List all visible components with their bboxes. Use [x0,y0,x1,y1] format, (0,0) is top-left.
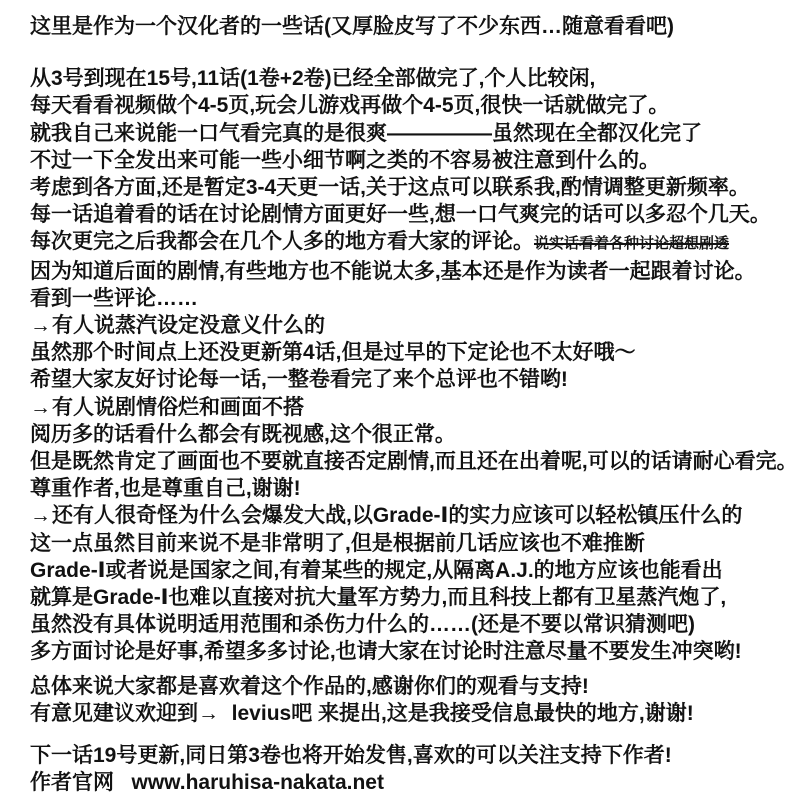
block-title: 这里是作为一个汉化者的一些话(又厚脸皮写了不少东西…随意看看吧) [30,13,782,40]
text-line: 这一点虽然目前来说不是非常明了,但是根据前几话应该也不难推断 [30,530,782,557]
text-segment: 作者官网 [30,771,132,794]
text-segment: 多方面讨论是好事,希望多多讨论,也请大家在讨论时注意尽量不要发生冲突哟! [30,640,742,663]
text-line: 尊重作者,也是尊重自己,谢谢! [30,475,782,502]
text-line: →有人说剧情俗烂和画面不搭 [30,394,782,421]
text-segment: 每次更完之后我都会在几个人多的地方看大家的评论。 [30,230,534,253]
text-segment: 就我自己来说能一口气看完真的是很爽—————虽然现在全都汉化完了 [30,122,702,145]
text-segment: Grade-Ⅰ或者说是国家之间,有着某些的规定,从隔离A.J.的地方应该也能看出 [30,559,723,582]
text-segment: 虽然没有具体说明适用范围和杀伤力什么的……(还是不要以常识猜测吧) [30,613,695,636]
text-line: 就我自己来说能一口气看完真的是很爽—————虽然现在全都汉化完了 [30,120,782,147]
block-thanks: 总体来说大家都是喜欢着这个作品的,感谢你们的观看与支持!有意见建议欢迎到→ le… [30,673,782,727]
block-main: 从3号到现在15号,11话(1卷+2卷)已经全部做完了,个人比较闲,每天看看视频… [30,65,782,665]
text-segment: 每天看看视频做个4-5页,玩会儿游戏再做个4-5页,很快一话就做完了。 [30,94,669,117]
text-segment: 下一话19号更新,同日第3卷也将开始发售,喜欢的可以关注支持下作者! [30,744,672,767]
text-segment: 这里是作为一个汉化者的一些话(又厚脸皮写了不少东西…随意看看吧) [30,15,674,38]
arrow-icon: → [30,396,52,419]
text-line: 多方面讨论是好事,希望多多讨论,也请大家在讨论时注意尽量不要发生冲突哟! [30,638,782,665]
text-segment: 尊重作者,也是尊重自己,谢谢! [30,477,301,500]
author-site-url: www.haruhisa-nakata.net [132,771,384,794]
text-line: 这里是作为一个汉化者的一些话(又厚脸皮写了不少东西…随意看看吧) [30,13,782,40]
text-segment: 就算是Grade-Ⅰ也难以直接对抗大量军方势力,而且科技上都有卫星蒸汽炮了, [30,586,726,609]
text-segment: 阅历多的话看什么都会有既视感,这个很正常。 [30,423,456,446]
text-segment: 还有人很奇怪为什么会爆发大战,以Grade-Ⅰ的实力应该可以轻松镇压什么的 [52,504,742,527]
text-line: →有人说蒸汽设定没意义什么的 [30,312,782,339]
text-segment: 从3号到现在15号,11话(1卷+2卷)已经全部做完了,个人比较闲, [30,67,595,90]
text-line: 阅历多的话看什么都会有既视感,这个很正常。 [30,421,782,448]
text-line: 每天看看视频做个4-5页,玩会儿游戏再做个4-5页,很快一话就做完了。 [30,92,782,119]
text-line: 不过一下全发出来可能一些小细节啊之类的不容易被注意到什么的。 [30,147,782,174]
arrow-icon: → [30,504,52,527]
text-line: 看到一些评论…… [30,285,782,312]
struck-aside-text: 说实话看着各种讨论超想剧透 [534,235,729,252]
text-segment: 这一点虽然目前来说不是非常明了,但是根据前几话应该也不难推断 [30,532,645,555]
text-segment: 因为知道后面的剧情,有些地方也不能说太多,基本还是作为读者一起跟着讨论。 [30,260,756,283]
text-line: 总体来说大家都是喜欢着这个作品的,感谢你们的观看与支持! [30,673,782,700]
text-line: 下一话19号更新,同日第3卷也将开始发售,喜欢的可以关注支持下作者! [30,742,782,769]
text-segment: 有意见建议欢迎到 [30,702,198,725]
text-line: →还有人很奇怪为什么会爆发大战,以Grade-Ⅰ的实力应该可以轻松镇压什么的 [30,502,782,529]
text-segment: 有人说剧情俗烂和画面不搭 [52,396,304,419]
translator-note-page: 这里是作为一个汉化者的一些话(又厚脸皮写了不少东西…随意看看吧)从3号到现在15… [0,0,800,800]
text-segment: 总体来说大家都是喜欢着这个作品的,感谢你们的观看与支持! [30,675,589,698]
note-body: 这里是作为一个汉化者的一些话(又厚脸皮写了不少东西…随意看看吧)从3号到现在15… [30,13,782,796]
text-segment: levius吧 来提出,这是我接受信息最快的地方,谢谢! [220,702,694,725]
text-segment: 每一话追着看的话在讨论剧情方面更好一些,想一口气爽完的话可以多忍个几天。 [30,203,771,226]
text-segment: 不过一下全发出来可能一些小细节啊之类的不容易被注意到什么的。 [30,149,660,172]
text-line: 每次更完之后我都会在几个人多的地方看大家的评论。说实话看着各种讨论超想剧透 [30,228,782,257]
text-segment: 考虑到各方面,还是暂定3-4天更一话,关于这点可以联系我,酌情调整更新频率。 [30,176,750,199]
text-segment: 虽然那个时间点上还没更新第4话,但是过早的下定论也不太好哦～ [30,341,636,364]
text-line: 从3号到现在15号,11话(1卷+2卷)已经全部做完了,个人比较闲, [30,65,782,92]
text-line: Grade-Ⅰ或者说是国家之间,有着某些的规定,从隔离A.J.的地方应该也能看出 [30,557,782,584]
text-line: 因为知道后面的剧情,有些地方也不能说太多,基本还是作为读者一起跟着讨论。 [30,258,782,285]
text-line: 每一话追着看的话在讨论剧情方面更好一些,想一口气爽完的话可以多忍个几天。 [30,201,782,228]
text-segment: 有人说蒸汽设定没意义什么的 [52,314,325,337]
arrow-icon: → [198,702,220,725]
text-line: 考虑到各方面,还是暂定3-4天更一话,关于这点可以联系我,酌情调整更新频率。 [30,174,782,201]
text-line: 作者官网 www.haruhisa-nakata.net [30,769,782,796]
text-line: 虽然没有具体说明适用范围和杀伤力什么的……(还是不要以常识猜测吧) [30,611,782,638]
text-line: 就算是Grade-Ⅰ也难以直接对抗大量军方势力,而且科技上都有卫星蒸汽炮了, [30,584,782,611]
text-segment: 看到一些评论…… [30,287,198,310]
text-line: 但是既然肯定了画面也不要就直接否定剧情,而且还在出着呢,可以的话请耐心看完。 [30,448,782,475]
text-line: 希望大家友好讨论每一话,一整卷看完了来个总评也不错哟! [30,366,782,393]
text-segment: 但是既然肯定了画面也不要就直接否定剧情,而且还在出着呢,可以的话请耐心看完。 [30,450,798,473]
arrow-icon: → [30,314,52,337]
text-line: 虽然那个时间点上还没更新第4话,但是过早的下定论也不太好哦～ [30,339,782,366]
block-footer: 下一话19号更新,同日第3卷也将开始发售,喜欢的可以关注支持下作者!作者官网 w… [30,742,782,796]
text-segment: 希望大家友好讨论每一话,一整卷看完了来个总评也不错哟! [30,368,568,391]
text-line: 有意见建议欢迎到→ levius吧 来提出,这是我接受信息最快的地方,谢谢! [30,700,782,727]
